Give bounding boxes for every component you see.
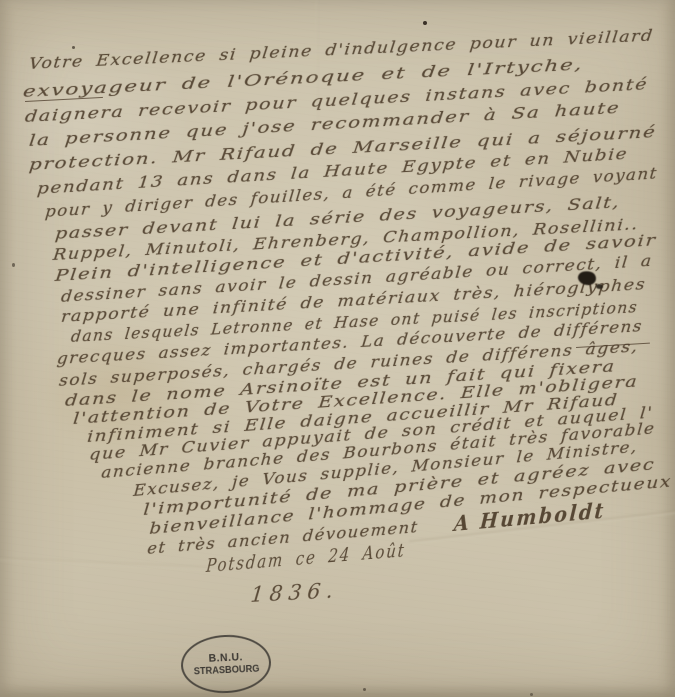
library-stamp: B.N.U. STRASBOURG [180, 633, 272, 695]
dateline-year: 1836. [249, 578, 340, 607]
ink-speck [12, 263, 15, 267]
ink-speck [72, 46, 75, 49]
ink-speck [363, 688, 366, 691]
ink-speck [530, 693, 533, 696]
manuscript-letter-page: Votre Excellence si pleine d'indulgence … [0, 0, 675, 697]
ink-blot-small [596, 284, 603, 289]
stamp-text-line2: STRASBOURG [193, 662, 259, 678]
ink-speck [423, 21, 427, 25]
paper-crease [0, 557, 222, 570]
